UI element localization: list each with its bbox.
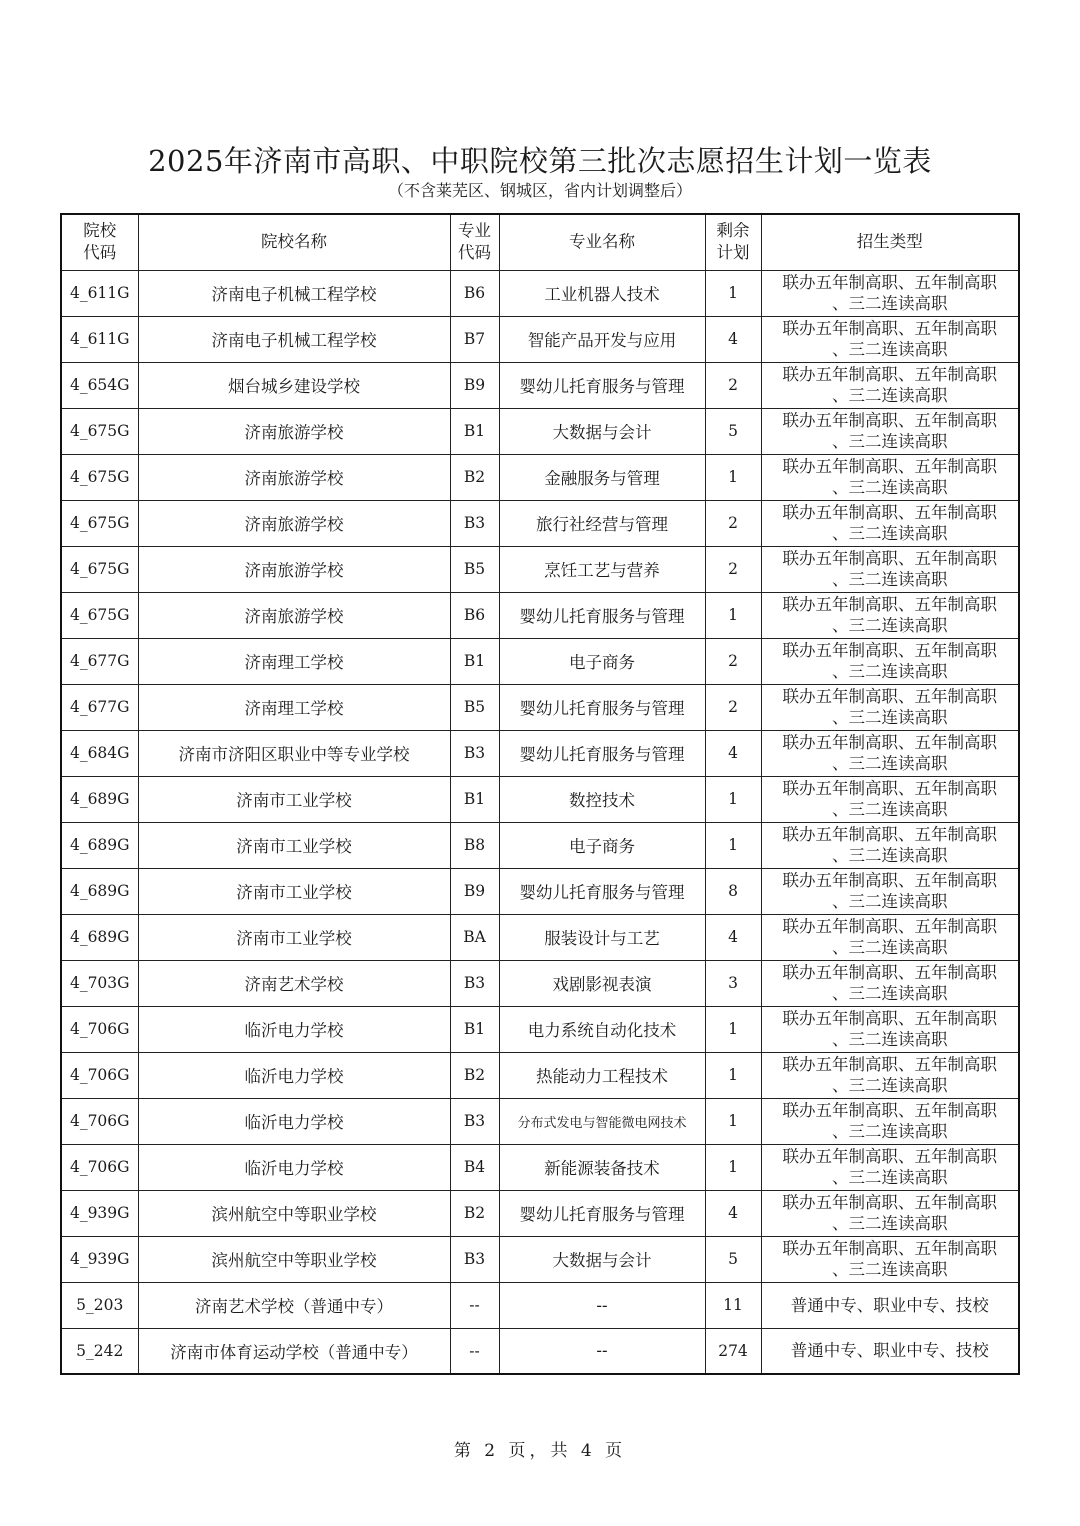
major-name-cell: 新能源装备技术 <box>499 1144 705 1190</box>
school-name-cell: 滨州航空中等职业学校 <box>138 1236 450 1282</box>
major-name-cell: 大数据与会计 <box>499 1236 705 1282</box>
school-code-cell: 4_675G <box>61 454 138 500</box>
major-name-cell: 电力系统自动化技术 <box>499 1006 705 1052</box>
school-code-cell: 4_703G <box>61 960 138 1006</box>
school-name-cell: 济南旅游学校 <box>138 546 450 592</box>
school-name-cell: 临沂电力学校 <box>138 1098 450 1144</box>
major-code-cell: B6 <box>450 270 499 316</box>
school-name-cell: 济南旅游学校 <box>138 592 450 638</box>
major-name-cell: 婴幼儿托育服务与管理 <box>499 684 705 730</box>
enrollment-type-line: 联办五年制高职、五年制高职 <box>783 319 998 338</box>
table-row: 4_939G滨州航空中等职业学校B3大数据与会计5联办五年制高职、五年制高职、三… <box>61 1236 1019 1282</box>
remaining-cell: 4 <box>705 730 761 776</box>
major-code-cell: B2 <box>450 454 499 500</box>
remaining-cell: 1 <box>705 270 761 316</box>
school-name-cell: 临沂电力学校 <box>138 1144 450 1190</box>
major-name-cell: 服装设计与工艺 <box>499 914 705 960</box>
table-row: 4_675G济南旅游学校B3旅行社经营与管理2联办五年制高职、五年制高职、三二连… <box>61 500 1019 546</box>
enrollment-type-line: 、三二连读高职 <box>832 340 948 359</box>
enrollment-type-line: 普通中专、职业中专、技校 <box>791 1341 989 1360</box>
school-code-cell: 4_706G <box>61 1144 138 1190</box>
table-row: 4_939G滨州航空中等职业学校B2婴幼儿托育服务与管理4联办五年制高职、五年制… <box>61 1190 1019 1236</box>
school-name-cell: 临沂电力学校 <box>138 1052 450 1098</box>
major-code-cell: B9 <box>450 868 499 914</box>
major-name-cell: 婴幼儿托育服务与管理 <box>499 868 705 914</box>
major-code-cell: -- <box>450 1282 499 1328</box>
remaining-cell: 2 <box>705 362 761 408</box>
table-row: 4_689G济南市工业学校BA服装设计与工艺4联办五年制高职、五年制高职、三二连… <box>61 914 1019 960</box>
remaining-cell: 11 <box>705 1282 761 1328</box>
enrollment-type-line: 、三二连读高职 <box>832 1030 948 1049</box>
enrollment-type-line: 联办五年制高职、五年制高职 <box>783 595 998 614</box>
remaining-cell: 4 <box>705 1190 761 1236</box>
school-name-cell: 济南艺术学校（普通中专） <box>138 1282 450 1328</box>
major-name-cell: 婴幼儿托育服务与管理 <box>499 1190 705 1236</box>
major-name-cell: 婴幼儿托育服务与管理 <box>499 592 705 638</box>
major-code-cell: B3 <box>450 1098 499 1144</box>
school-code-cell: 4_677G <box>61 638 138 684</box>
enrollment-type-line: 联办五年制高职、五年制高职 <box>783 1193 998 1212</box>
enrollment-type-line: 、三二连读高职 <box>832 1122 948 1141</box>
header-remaining: 剩余计划 <box>705 214 761 270</box>
enrollment-type-line: 、三二连读高职 <box>832 938 948 957</box>
enrollment-type-line: 、三二连读高职 <box>832 1214 948 1233</box>
enrollment-type-line: 、三二连读高职 <box>832 294 948 313</box>
major-code-cell: B2 <box>450 1190 499 1236</box>
remaining-cell: 4 <box>705 316 761 362</box>
enrollment-type-line: 联办五年制高职、五年制高职 <box>783 365 998 384</box>
school-name-cell: 济南旅游学校 <box>138 454 450 500</box>
major-name-cell: 分布式发电与智能微电网技术 <box>499 1098 705 1144</box>
major-code-cell: BA <box>450 914 499 960</box>
enrollment-type-line: 联办五年制高职、五年制高职 <box>783 825 998 844</box>
major-code-cell: B1 <box>450 638 499 684</box>
school-code-cell: 4_939G <box>61 1236 138 1282</box>
major-code-cell: B2 <box>450 1052 499 1098</box>
school-code-cell: 4_675G <box>61 592 138 638</box>
remaining-cell: 1 <box>705 1052 761 1098</box>
enrollment-type-line: 联办五年制高职、五年制高职 <box>783 1239 998 1258</box>
school-name-cell: 济南市工业学校 <box>138 914 450 960</box>
enrollment-type-cell: 联办五年制高职、五年制高职、三二连读高职 <box>761 1098 1019 1144</box>
school-code-cell: 4_677G <box>61 684 138 730</box>
enrollment-type-cell: 联办五年制高职、五年制高职、三二连读高职 <box>761 638 1019 684</box>
enrollment-type-cell: 联办五年制高职、五年制高职、三二连读高职 <box>761 592 1019 638</box>
header-major-name: 专业名称 <box>499 214 705 270</box>
table-row: 4_706G临沂电力学校B4新能源装备技术1联办五年制高职、五年制高职、三二连读… <box>61 1144 1019 1190</box>
enrollment-plan-table: 院校代码 院校名称 专业代码 专业名称 剩余计划 招生类型 4_611G济南电子… <box>60 213 1020 1375</box>
table-row: 4_706G临沂电力学校B1电力系统自动化技术1联办五年制高职、五年制高职、三二… <box>61 1006 1019 1052</box>
enrollment-type-line: 普通中专、职业中专、技校 <box>791 1296 989 1315</box>
school-name-cell: 济南艺术学校 <box>138 960 450 1006</box>
major-name-cell: 热能动力工程技术 <box>499 1052 705 1098</box>
major-code-cell: B7 <box>450 316 499 362</box>
remaining-cell: 8 <box>705 868 761 914</box>
major-code-cell: B1 <box>450 408 499 454</box>
school-name-cell: 济南市济阳区职业中等专业学校 <box>138 730 450 776</box>
enrollment-type-cell: 联办五年制高职、五年制高职、三二连读高职 <box>761 914 1019 960</box>
school-name-cell: 济南电子机械工程学校 <box>138 316 450 362</box>
enrollment-type-cell: 联办五年制高职、五年制高职、三二连读高职 <box>761 1190 1019 1236</box>
enrollment-type-line: 联办五年制高职、五年制高职 <box>783 733 998 752</box>
remaining-cell: 1 <box>705 1098 761 1144</box>
major-code-cell: B3 <box>450 1236 499 1282</box>
remaining-cell: 1 <box>705 1006 761 1052</box>
school-code-cell: 5_203 <box>61 1282 138 1328</box>
major-name-cell: 婴幼儿托育服务与管理 <box>499 730 705 776</box>
school-name-cell: 济南理工学校 <box>138 684 450 730</box>
table-row: 4_706G临沂电力学校B2热能动力工程技术1联办五年制高职、五年制高职、三二连… <box>61 1052 1019 1098</box>
enrollment-type-line: 联办五年制高职、五年制高职 <box>783 503 998 522</box>
major-name-cell: -- <box>499 1282 705 1328</box>
enrollment-type-line: 联办五年制高职、五年制高职 <box>783 687 998 706</box>
enrollment-type-line: 联办五年制高职、五年制高职 <box>783 457 998 476</box>
enrollment-type-line: 、三二连读高职 <box>832 662 948 681</box>
enrollment-type-line: 、三二连读高职 <box>832 800 948 819</box>
major-code-cell: B3 <box>450 730 499 776</box>
school-name-cell: 济南旅游学校 <box>138 500 450 546</box>
enrollment-type-cell: 联办五年制高职、五年制高职、三二连读高职 <box>761 684 1019 730</box>
major-code-cell: B9 <box>450 362 499 408</box>
remaining-cell: 5 <box>705 408 761 454</box>
school-name-cell: 济南市体育运动学校（普通中专） <box>138 1328 450 1374</box>
enrollment-type-line: 联办五年制高职、五年制高职 <box>783 1055 998 1074</box>
enrollment-type-cell: 联办五年制高职、五年制高职、三二连读高职 <box>761 270 1019 316</box>
enrollment-type-line: 联办五年制高职、五年制高职 <box>783 1009 998 1028</box>
enrollment-type-cell: 联办五年制高职、五年制高职、三二连读高职 <box>761 822 1019 868</box>
table-row: 4_677G济南理工学校B1电子商务2联办五年制高职、五年制高职、三二连读高职 <box>61 638 1019 684</box>
remaining-cell: 2 <box>705 638 761 684</box>
enrollment-type-line: 、三二连读高职 <box>832 386 948 405</box>
school-name-cell: 临沂电力学校 <box>138 1006 450 1052</box>
enrollment-type-line: 联办五年制高职、五年制高职 <box>783 1101 998 1120</box>
major-code-cell: B3 <box>450 500 499 546</box>
major-name-cell: 电子商务 <box>499 822 705 868</box>
enrollment-type-cell: 联办五年制高职、五年制高职、三二连读高职 <box>761 316 1019 362</box>
enrollment-type-line: 、三二连读高职 <box>832 1076 948 1095</box>
major-code-cell: B1 <box>450 776 499 822</box>
major-code-cell: B5 <box>450 546 499 592</box>
enrollment-type-cell: 联办五年制高职、五年制高职、三二连读高职 <box>761 1052 1019 1098</box>
remaining-cell: 3 <box>705 960 761 1006</box>
enrollment-type-cell: 联办五年制高职、五年制高职、三二连读高职 <box>761 730 1019 776</box>
school-name-cell: 济南市工业学校 <box>138 868 450 914</box>
header-enrollment-type: 招生类型 <box>761 214 1019 270</box>
school-name-cell: 济南市工业学校 <box>138 776 450 822</box>
enrollment-type-cell: 联办五年制高职、五年制高职、三二连读高职 <box>761 776 1019 822</box>
remaining-cell: 1 <box>705 1144 761 1190</box>
school-code-cell: 4_689G <box>61 914 138 960</box>
school-name-cell: 济南旅游学校 <box>138 408 450 454</box>
school-code-cell: 4_706G <box>61 1006 138 1052</box>
enrollment-type-line: 联办五年制高职、五年制高职 <box>783 273 998 292</box>
remaining-cell: 2 <box>705 684 761 730</box>
enrollment-type-cell: 联办五年制高职、五年制高职、三二连读高职 <box>761 362 1019 408</box>
school-name-cell: 济南市工业学校 <box>138 822 450 868</box>
school-code-cell: 4_706G <box>61 1052 138 1098</box>
table-row: 4_706G临沂电力学校B3分布式发电与智能微电网技术1联办五年制高职、五年制高… <box>61 1098 1019 1144</box>
major-name-cell: 金融服务与管理 <box>499 454 705 500</box>
table-row: 4_703G济南艺术学校B3戏剧影视表演3联办五年制高职、五年制高职、三二连读高… <box>61 960 1019 1006</box>
enrollment-type-line: 、三二连读高职 <box>832 616 948 635</box>
enrollment-type-line: 联办五年制高职、五年制高职 <box>783 641 998 660</box>
enrollment-type-cell: 联办五年制高职、五年制高职、三二连读高职 <box>761 546 1019 592</box>
table-row: 4_675G济南旅游学校B5烹饪工艺与营养2联办五年制高职、五年制高职、三二连读… <box>61 546 1019 592</box>
school-code-cell: 4_939G <box>61 1190 138 1236</box>
major-name-cell: 大数据与会计 <box>499 408 705 454</box>
enrollment-type-line: 联办五年制高职、五年制高职 <box>783 871 998 890</box>
table-row: 5_242济南市体育运动学校（普通中专）----274普通中专、职业中专、技校 <box>61 1328 1019 1374</box>
major-name-cell: 智能产品开发与应用 <box>499 316 705 362</box>
remaining-cell: 5 <box>705 1236 761 1282</box>
enrollment-type-line: 、三二连读高职 <box>832 1260 948 1279</box>
major-name-cell: -- <box>499 1328 705 1374</box>
school-code-cell: 4_611G <box>61 316 138 362</box>
enrollment-type-line: 、三二连读高职 <box>832 984 948 1003</box>
table-row: 4_689G济南市工业学校B1数控技术1联办五年制高职、五年制高职、三二连读高职 <box>61 776 1019 822</box>
major-name-cell: 工业机器人技术 <box>499 270 705 316</box>
page-subtitle: （不含莱芜区、钢城区，省内计划调整后） <box>0 180 1080 202</box>
school-code-cell: 4_675G <box>61 546 138 592</box>
table-row: 4_654G烟台城乡建设学校B9婴幼儿托育服务与管理2联办五年制高职、五年制高职… <box>61 362 1019 408</box>
enrollment-type-cell: 联办五年制高职、五年制高职、三二连读高职 <box>761 454 1019 500</box>
page-title: 2025年济南市高职、中职院校第三批次志愿招生计划一览表 <box>0 143 1080 179</box>
enrollment-type-cell: 普通中专、职业中专、技校 <box>761 1282 1019 1328</box>
remaining-cell: 2 <box>705 500 761 546</box>
enrollment-type-line: 、三二连读高职 <box>832 478 948 497</box>
table-row: 5_203济南艺术学校（普通中专）----11普通中专、职业中专、技校 <box>61 1282 1019 1328</box>
enrollment-type-cell: 联办五年制高职、五年制高职、三二连读高职 <box>761 960 1019 1006</box>
enrollment-type-cell: 联办五年制高职、五年制高职、三二连读高职 <box>761 868 1019 914</box>
enrollment-type-line: 、三二连读高职 <box>832 892 948 911</box>
major-name-cell: 戏剧影视表演 <box>499 960 705 1006</box>
school-code-cell: 4_689G <box>61 776 138 822</box>
school-name-cell: 烟台城乡建设学校 <box>138 362 450 408</box>
table-row: 4_675G济南旅游学校B6婴幼儿托育服务与管理1联办五年制高职、五年制高职、三… <box>61 592 1019 638</box>
table-row: 4_689G济南市工业学校B9婴幼儿托育服务与管理8联办五年制高职、五年制高职、… <box>61 868 1019 914</box>
school-name-cell: 滨州航空中等职业学校 <box>138 1190 450 1236</box>
enrollment-type-line: 联办五年制高职、五年制高职 <box>783 411 998 430</box>
table-row: 4_677G济南理工学校B5婴幼儿托育服务与管理2联办五年制高职、五年制高职、三… <box>61 684 1019 730</box>
enrollment-type-cell: 联办五年制高职、五年制高职、三二连读高职 <box>761 500 1019 546</box>
enrollment-type-cell: 联办五年制高职、五年制高职、三二连读高职 <box>761 1144 1019 1190</box>
major-code-cell: B5 <box>450 684 499 730</box>
remaining-cell: 1 <box>705 776 761 822</box>
enrollment-type-cell: 联办五年制高职、五年制高职、三二连读高职 <box>761 1236 1019 1282</box>
enrollment-type-line: 、三二连读高职 <box>832 432 948 451</box>
remaining-cell: 4 <box>705 914 761 960</box>
table-header-row: 院校代码 院校名称 专业代码 专业名称 剩余计划 招生类型 <box>61 214 1019 270</box>
major-name-cell: 旅行社经营与管理 <box>499 500 705 546</box>
enrollment-type-line: 联办五年制高职、五年制高职 <box>783 963 998 982</box>
school-code-cell: 5_242 <box>61 1328 138 1374</box>
remaining-cell: 274 <box>705 1328 761 1374</box>
enrollment-type-line: 联办五年制高职、五年制高职 <box>783 549 998 568</box>
major-name-cell: 婴幼儿托育服务与管理 <box>499 362 705 408</box>
page-number: 第 2 页，共 4 页 <box>0 1436 1080 1461</box>
major-name-cell: 电子商务 <box>499 638 705 684</box>
school-code-cell: 4_675G <box>61 408 138 454</box>
major-code-cell: B6 <box>450 592 499 638</box>
school-code-cell: 4_654G <box>61 362 138 408</box>
major-code-cell: B8 <box>450 822 499 868</box>
enrollment-type-line: 、三二连读高职 <box>832 524 948 543</box>
major-code-cell: B3 <box>450 960 499 1006</box>
remaining-cell: 1 <box>705 592 761 638</box>
school-code-cell: 4_689G <box>61 868 138 914</box>
enrollment-type-cell: 联办五年制高职、五年制高职、三二连读高职 <box>761 1006 1019 1052</box>
enrollment-type-cell: 普通中专、职业中专、技校 <box>761 1328 1019 1374</box>
major-name-cell: 数控技术 <box>499 776 705 822</box>
enrollment-type-line: 、三二连读高职 <box>832 754 948 773</box>
enrollment-type-cell: 联办五年制高职、五年制高职、三二连读高职 <box>761 408 1019 454</box>
enrollment-type-line: 联办五年制高职、五年制高职 <box>783 779 998 798</box>
table-row: 4_675G济南旅游学校B1大数据与会计5联办五年制高职、五年制高职、三二连读高… <box>61 408 1019 454</box>
major-code-cell: B4 <box>450 1144 499 1190</box>
table-row: 4_689G济南市工业学校B8电子商务1联办五年制高职、五年制高职、三二连读高职 <box>61 822 1019 868</box>
enrollment-type-line: 、三二连读高职 <box>832 846 948 865</box>
school-code-cell: 4_689G <box>61 822 138 868</box>
table-row: 4_675G济南旅游学校B2金融服务与管理1联办五年制高职、五年制高职、三二连读… <box>61 454 1019 500</box>
school-code-cell: 4_675G <box>61 500 138 546</box>
header-major-code: 专业代码 <box>450 214 499 270</box>
enrollment-type-line: 、三二连读高职 <box>832 1168 948 1187</box>
remaining-cell: 1 <box>705 454 761 500</box>
remaining-cell: 2 <box>705 546 761 592</box>
school-code-cell: 4_611G <box>61 270 138 316</box>
school-name-cell: 济南理工学校 <box>138 638 450 684</box>
major-code-cell: B1 <box>450 1006 499 1052</box>
table-row: 4_684G济南市济阳区职业中等专业学校B3婴幼儿托育服务与管理4联办五年制高职… <box>61 730 1019 776</box>
school-code-cell: 4_706G <box>61 1098 138 1144</box>
enrollment-type-line: 联办五年制高职、五年制高职 <box>783 1147 998 1166</box>
table-row: 4_611G济南电子机械工程学校B7智能产品开发与应用4联办五年制高职、五年制高… <box>61 316 1019 362</box>
school-code-cell: 4_684G <box>61 730 138 776</box>
table-row: 4_611G济南电子机械工程学校B6工业机器人技术1联办五年制高职、五年制高职、… <box>61 270 1019 316</box>
enrollment-type-line: 、三二连读高职 <box>832 708 948 727</box>
enrollment-type-line: 、三二连读高职 <box>832 570 948 589</box>
school-name-cell: 济南电子机械工程学校 <box>138 270 450 316</box>
header-school-name: 院校名称 <box>138 214 450 270</box>
major-name-cell: 烹饪工艺与营养 <box>499 546 705 592</box>
major-code-cell: -- <box>450 1328 499 1374</box>
header-school-code: 院校代码 <box>61 214 138 270</box>
enrollment-type-line: 联办五年制高职、五年制高职 <box>783 917 998 936</box>
remaining-cell: 1 <box>705 822 761 868</box>
